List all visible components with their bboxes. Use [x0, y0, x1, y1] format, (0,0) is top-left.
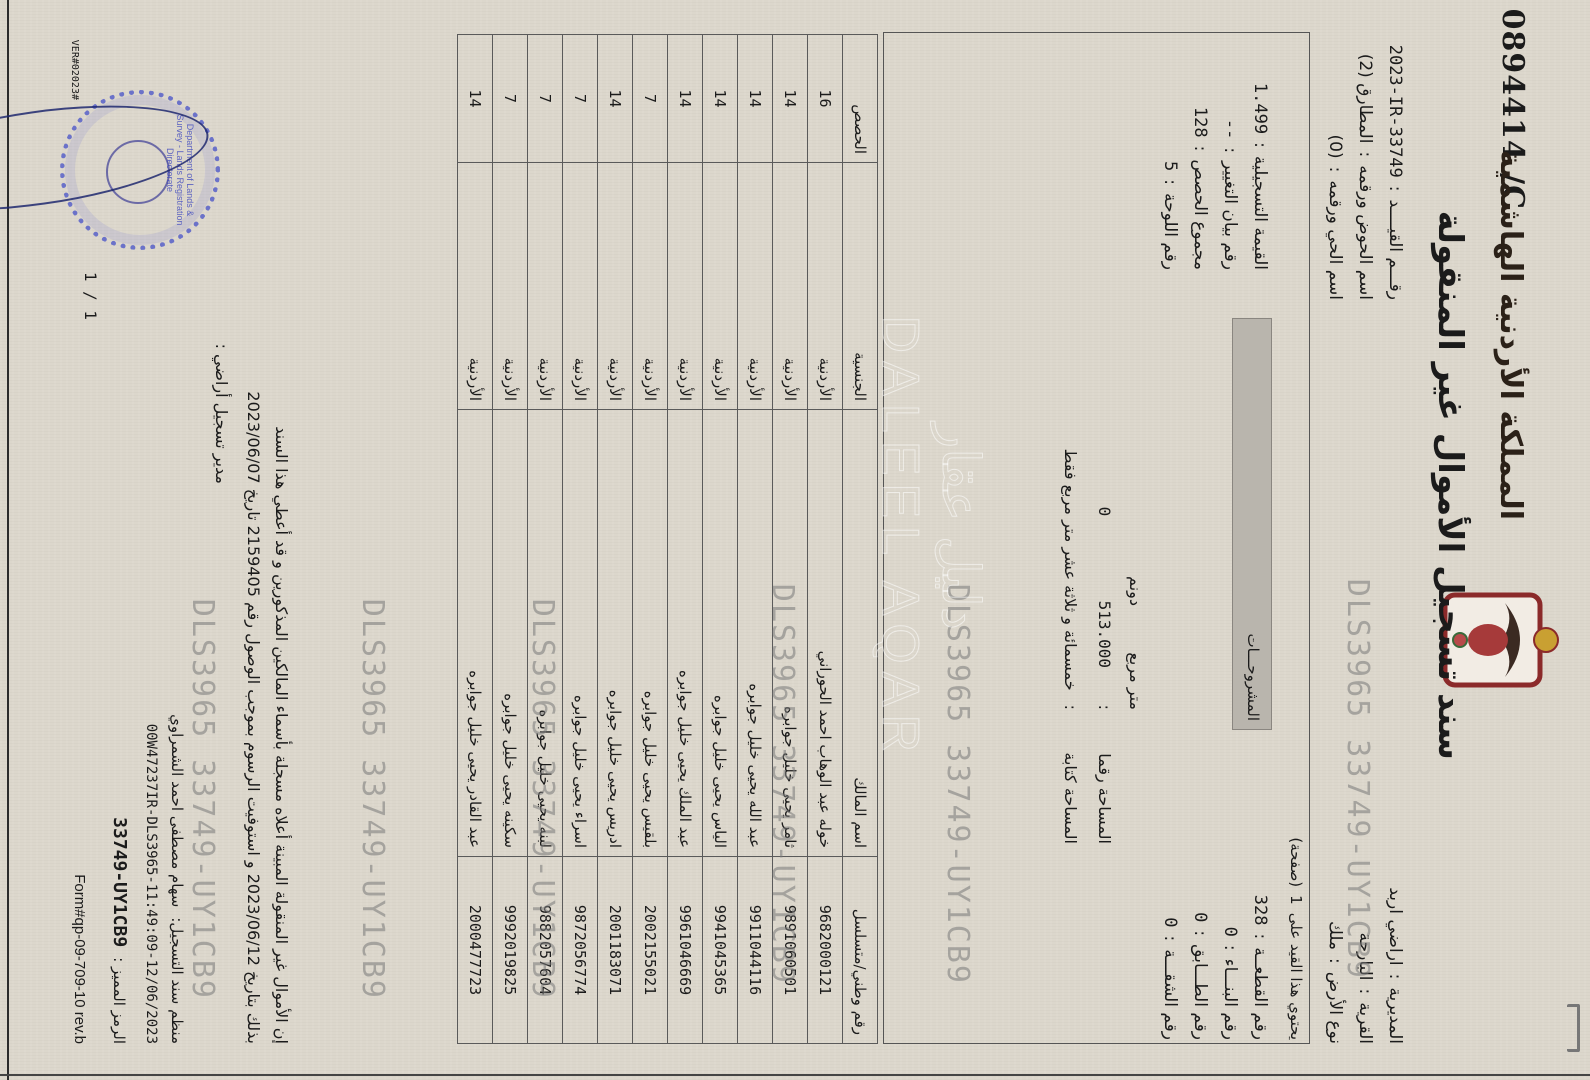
certification-text: إن الأموال غير المنقولة المبينة أعلاه مس… [207, 34, 295, 1044]
table-row: 2001183071 ادريس يحيى خليل جوابره الأردن… [598, 35, 633, 1044]
column-header-shares: الحصص [843, 35, 878, 163]
basin-label: اسم الحوض ورقمه [1345, 165, 1375, 300]
area-written-label: المساحة كتابة [1062, 724, 1081, 844]
neighborhood-field: اسم الحي ورقمه: (0) [1315, 10, 1345, 300]
area-units-header: متر مربع دونم [1122, 144, 1150, 844]
floor-value: 0 [1180, 912, 1210, 922]
land-deed-document: DLS-G 0894414 /C المملكة الأردنية الهاشم… [0, 0, 1590, 1080]
directorate-value: اراضي اربد [1375, 887, 1405, 965]
village-label: القرية [1345, 1002, 1375, 1044]
total-shares-value: 128 [1180, 107, 1210, 138]
version-label: VER#02023# [69, 40, 80, 100]
structures-header: المشروحـــات [1244, 634, 1262, 721]
valuation-block: القيمة التسجيلية: 1.499 رقم بيان التغيير… [1150, 30, 1270, 270]
transaction-reference: 00W47237IR-DLS3965-11:49:09-12/06/2023 [138, 404, 164, 1044]
pages-note: يحتوي هذا القيد على 1 (صفحة) [1287, 837, 1305, 1040]
deed-reference-block: رقـــم القيــــد: 2023-IR-33749 اسم الحو… [1315, 10, 1405, 300]
code-label: الرمز المميز : [106, 957, 132, 1044]
apartment-value: 0 [1150, 917, 1180, 927]
kingdom-name: المملكة الأردنية الهاشمية [1493, 150, 1528, 520]
basin-value: المطارق (2) [1345, 54, 1375, 144]
area-numeric-row: المساحة رقما : 513.000 0 [1088, 144, 1122, 844]
floor-field: رقم الطـــابق: 0 [1180, 800, 1210, 1040]
neighborhood-value: (0) [1315, 135, 1345, 159]
directorate-label: المديرية [1375, 987, 1405, 1044]
dunum-unit-label: دونم [1127, 526, 1146, 606]
table-row: 9992019825 سكينه يحيى خليل جوابره الأردن… [493, 35, 528, 1044]
directorate-field: المديرية: اراضي اربد [1375, 744, 1405, 1044]
security-watermark: DLS3965 33749-UY1CB9 [940, 584, 975, 985]
area-written-row: المساحة كتابة : خمسمائة و ثلاثة عشر متر … [1054, 144, 1088, 844]
certification-line-2: بذلك بتاريخ 2023/06/12 و استوفيت الرسوم … [239, 34, 267, 1044]
change-statement-value: -- [1210, 119, 1240, 139]
registration-value: 1.499 [1240, 83, 1270, 134]
deed-number-value: 2023-IR-33749 [1375, 45, 1405, 178]
security-watermark: DLS3965 33749-UY1CB9 [355, 599, 390, 1000]
parcel-block: رقم القطعــة: 328 رقم البنـــاء: 0 رقم ا… [1150, 800, 1270, 1040]
brand-watermark-arabic: دليل عقار [930, 423, 990, 630]
apartment-field: رقم الشقـــة: 0 [1150, 800, 1180, 1040]
parcel-value: 328 [1240, 895, 1270, 926]
plate-number-field: رقم اللوحة: 5 [1150, 30, 1180, 270]
security-watermark: DLS3965 33749-UY1CB9 [765, 584, 800, 985]
building-value: 0 [1210, 927, 1240, 937]
change-statement-field: رقم بيان التغيير: -- [1210, 30, 1240, 270]
building-field: رقم البنـــاء: 0 [1210, 800, 1240, 1040]
table-row: 9872056774 اسراء يحيى خليل جوابره الأردن… [563, 35, 598, 1044]
staple-icon [1567, 1004, 1580, 1052]
area-numeric-label: المساحة رقما [1096, 724, 1115, 844]
neighborhood-label: اسم الحي ورقمه [1315, 180, 1345, 300]
dunum-value: 0 [1096, 507, 1115, 587]
form-number: Form#qp-09-709-10 rev.b [66, 404, 92, 1044]
security-watermark: DLS3965 33749-UY1CB9 [185, 599, 220, 1000]
column-header-national-id: رقم وطني/متسلسل [843, 857, 878, 1044]
deed-title: سند تسجيل الأموال غير المنقولة [1430, 211, 1470, 760]
security-watermark: DLS3965 33749-UY1CB9 [525, 599, 560, 1000]
deed-number-label: رقـــم القيــــد [1375, 200, 1405, 300]
table-row: 9682000121 خوله عبد الوهاب احمد الحوراني… [808, 35, 843, 1044]
table-row: 9961046669 عبد الملك يحيى خليل جوابره ال… [668, 35, 703, 1044]
organizer-block: منظم سند التسجيل: سهام مصطفى احمد الشمرا… [66, 404, 190, 1044]
security-watermark: DLS3965 33749-UY1CB9 [1340, 579, 1375, 980]
land-type-label: نوع الأرض [1315, 972, 1345, 1044]
certification-line-1: إن الأموال غير المنقولة المبينة أعلاه مس… [267, 34, 295, 1044]
area-block: متر مربع دونم المساحة رقما : 513.000 0 ا… [1054, 144, 1150, 844]
unique-code: 33749-UY1CB9 [106, 817, 132, 947]
deed-number-field: رقـــم القيــــد: 2023-IR-33749 [1375, 10, 1405, 300]
structures-box: المشروحـــات [1232, 318, 1272, 730]
table-row: 9941045365 الياس يحيى خليل جوابره الأردن… [703, 35, 738, 1044]
plate-number-value: 5 [1150, 161, 1180, 171]
sqm-unit-label: متر مربع [1127, 620, 1146, 710]
table-row: 2002155021 بلقيس يحيى خليل جوابره الأردن… [633, 35, 668, 1044]
owners-table-container: رقم وطني/متسلسل اسم المالك الجنسية الحصص… [457, 34, 878, 1044]
area-written-value: خمسمائة و ثلاثة عشر متر مربع فقط [1062, 449, 1081, 691]
total-shares-field: مجموع الحصص: 128 [1180, 30, 1210, 270]
basin-field: اسم الحوض ورقمه: المطارق (2) [1345, 10, 1375, 300]
registration-value-field: القيمة التسجيلية: 1.499 [1240, 30, 1270, 270]
page-indicator: 1 / 1 [81, 272, 100, 320]
sqm-value: 513.000 [1096, 601, 1115, 691]
parcel-field: رقم القطعــة: 328 [1240, 800, 1270, 1040]
owners-table: رقم وطني/متسلسل اسم المالك الجنسية الحصص… [457, 34, 878, 1044]
table-row: 2000477723 عبد القادر يحيى خليل جوابره ا… [458, 35, 493, 1044]
brand-watermark: DALEEL AQAR [870, 316, 930, 760]
